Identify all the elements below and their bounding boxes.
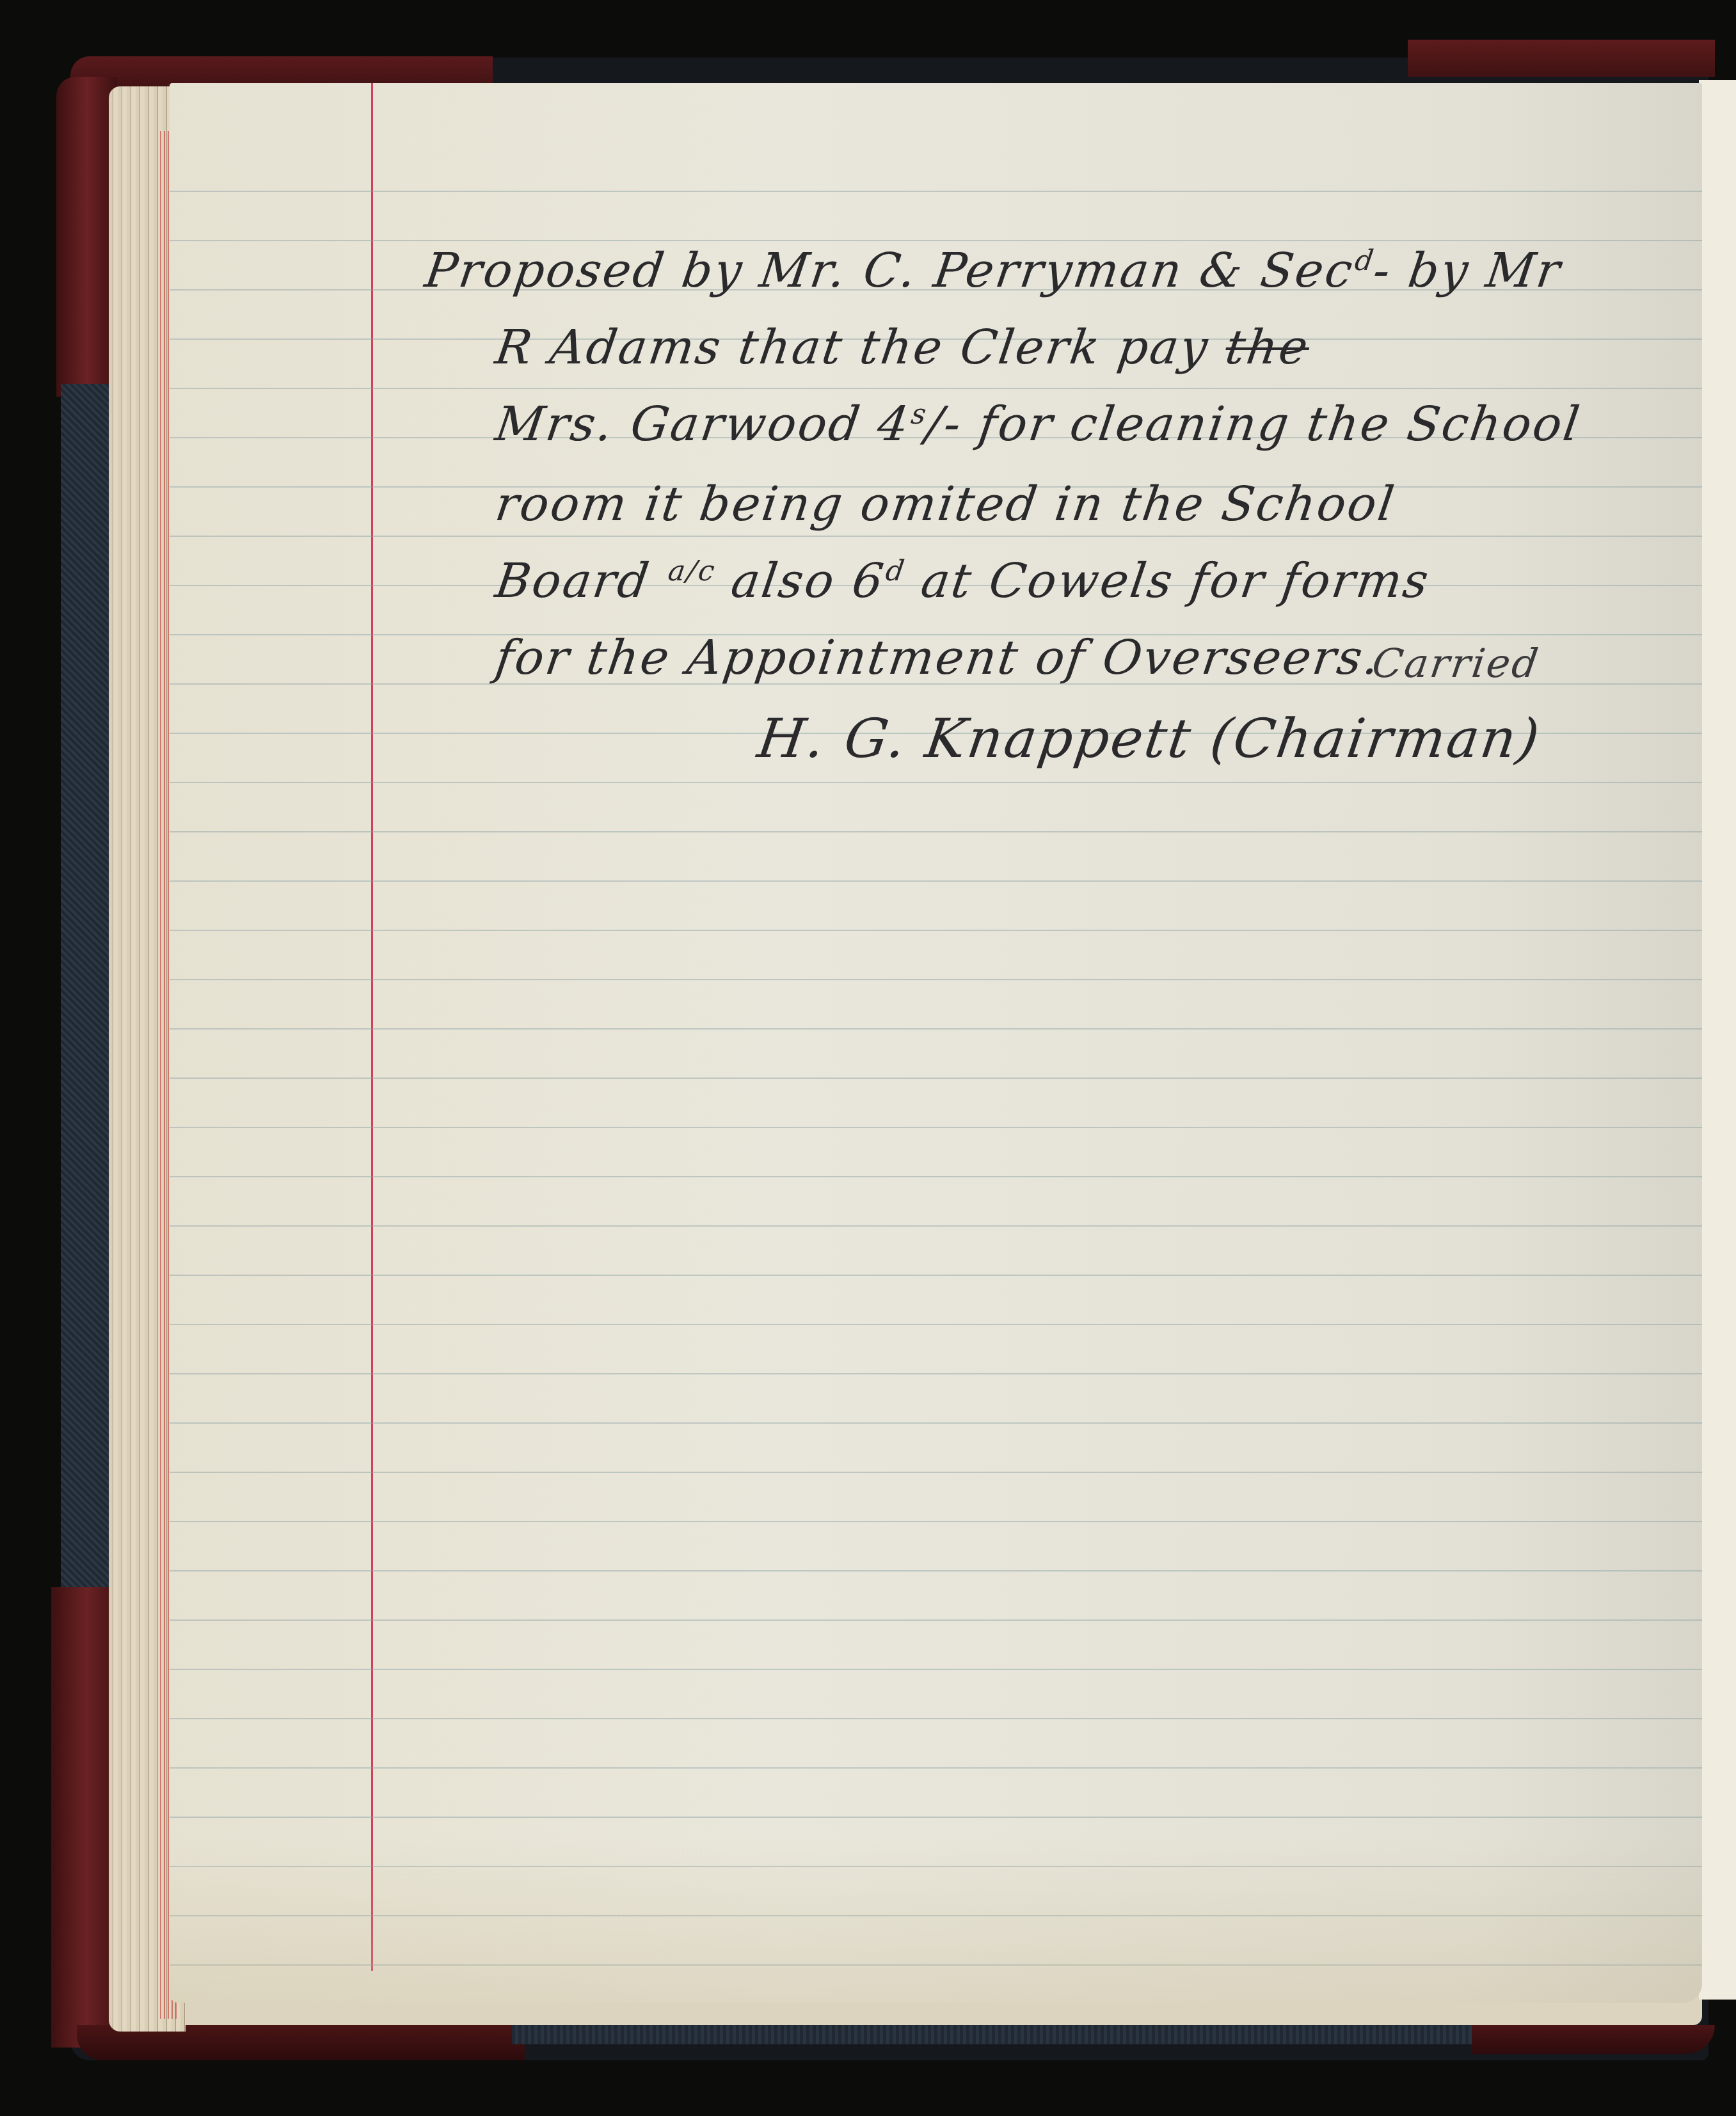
ruled-line bbox=[170, 1472, 1702, 1473]
ruled-line bbox=[170, 1324, 1702, 1325]
minute-line-3: Mrs. Garwood 4s/- for cleaning the Schoo… bbox=[492, 397, 1584, 452]
red-margin-line bbox=[371, 83, 373, 1971]
minute-line-3-text: Mrs. Garwood 4 bbox=[492, 397, 914, 452]
minute-line-5-mid: also 6 bbox=[711, 553, 889, 609]
adjacent-page-edge bbox=[1699, 80, 1736, 2000]
ruled-line bbox=[170, 1866, 1702, 1867]
ruled-line bbox=[170, 1767, 1702, 1769]
ruled-line bbox=[170, 1915, 1702, 1916]
ruled-line bbox=[170, 979, 1702, 980]
motion-result: Carried bbox=[1369, 640, 1543, 687]
leather-corner-bottom-right bbox=[1472, 2025, 1715, 2054]
minute-line-5-text: Board bbox=[492, 553, 671, 609]
minute-line-5: Board a/c also 6d at Cowels for forms bbox=[492, 553, 1433, 609]
ruled-line bbox=[170, 191, 1702, 192]
leather-corner-top-right bbox=[1408, 40, 1715, 77]
minute-line-6-text: for the Appointment of Overseers. bbox=[492, 630, 1385, 685]
ruled-line bbox=[170, 1669, 1702, 1670]
ruled-line bbox=[170, 536, 1702, 537]
ruled-line bbox=[170, 1422, 1702, 1424]
ruled-line bbox=[170, 930, 1702, 931]
minute-line-4-text: room it being omited in the School bbox=[492, 477, 1399, 532]
ledger-page: Proposed by Mr. C. Perryman & Secd- by M… bbox=[170, 83, 1702, 2003]
struck-word: the bbox=[1222, 320, 1313, 375]
minute-line-2: R Adams that the Clerk pay the bbox=[492, 320, 1313, 375]
minute-line-1: Proposed by Mr. C. Perryman & Secd- by M… bbox=[422, 243, 1565, 298]
minute-line-1-text: Proposed by Mr. C. Perryman & Sec bbox=[422, 243, 1358, 298]
ruled-line bbox=[170, 388, 1702, 389]
leather-spine-top bbox=[56, 77, 117, 397]
minute-line-1-tail: - by Mr bbox=[1370, 243, 1565, 298]
ruled-line bbox=[170, 831, 1702, 832]
ruled-line bbox=[170, 1619, 1702, 1621]
ruled-line bbox=[170, 1718, 1702, 1719]
minute-line-3-tail: /- for cleaning the School bbox=[923, 397, 1585, 452]
minute-line-5-tail: at Cowels for forms bbox=[901, 553, 1434, 609]
ruled-line bbox=[170, 1570, 1702, 1571]
ruled-line bbox=[170, 1225, 1702, 1227]
minute-line-6: for the Appointment of Overseers. bbox=[492, 630, 1385, 685]
ruled-line bbox=[170, 1275, 1702, 1276]
ruled-line bbox=[170, 1817, 1702, 1818]
minute-line-4: room it being omited in the School bbox=[492, 477, 1399, 532]
ruled-line bbox=[170, 880, 1702, 882]
cloth-spine bbox=[61, 384, 115, 1600]
ruled-line bbox=[170, 1176, 1702, 1177]
ruled-line bbox=[170, 1127, 1702, 1128]
chairman-signature: H. G. Knappett (Chairman) bbox=[754, 707, 1545, 770]
ruled-line bbox=[170, 1028, 1702, 1030]
ruled-line bbox=[170, 1373, 1702, 1374]
ruled-line bbox=[170, 1964, 1702, 1966]
ruled-line bbox=[170, 782, 1702, 783]
minute-line-2-text: R Adams that the Clerk pay bbox=[492, 320, 1230, 375]
ruled-line bbox=[170, 240, 1702, 241]
abbreviation: a/c bbox=[666, 555, 719, 587]
ruled-line bbox=[170, 1078, 1702, 1079]
ruled-line bbox=[170, 1521, 1702, 1522]
